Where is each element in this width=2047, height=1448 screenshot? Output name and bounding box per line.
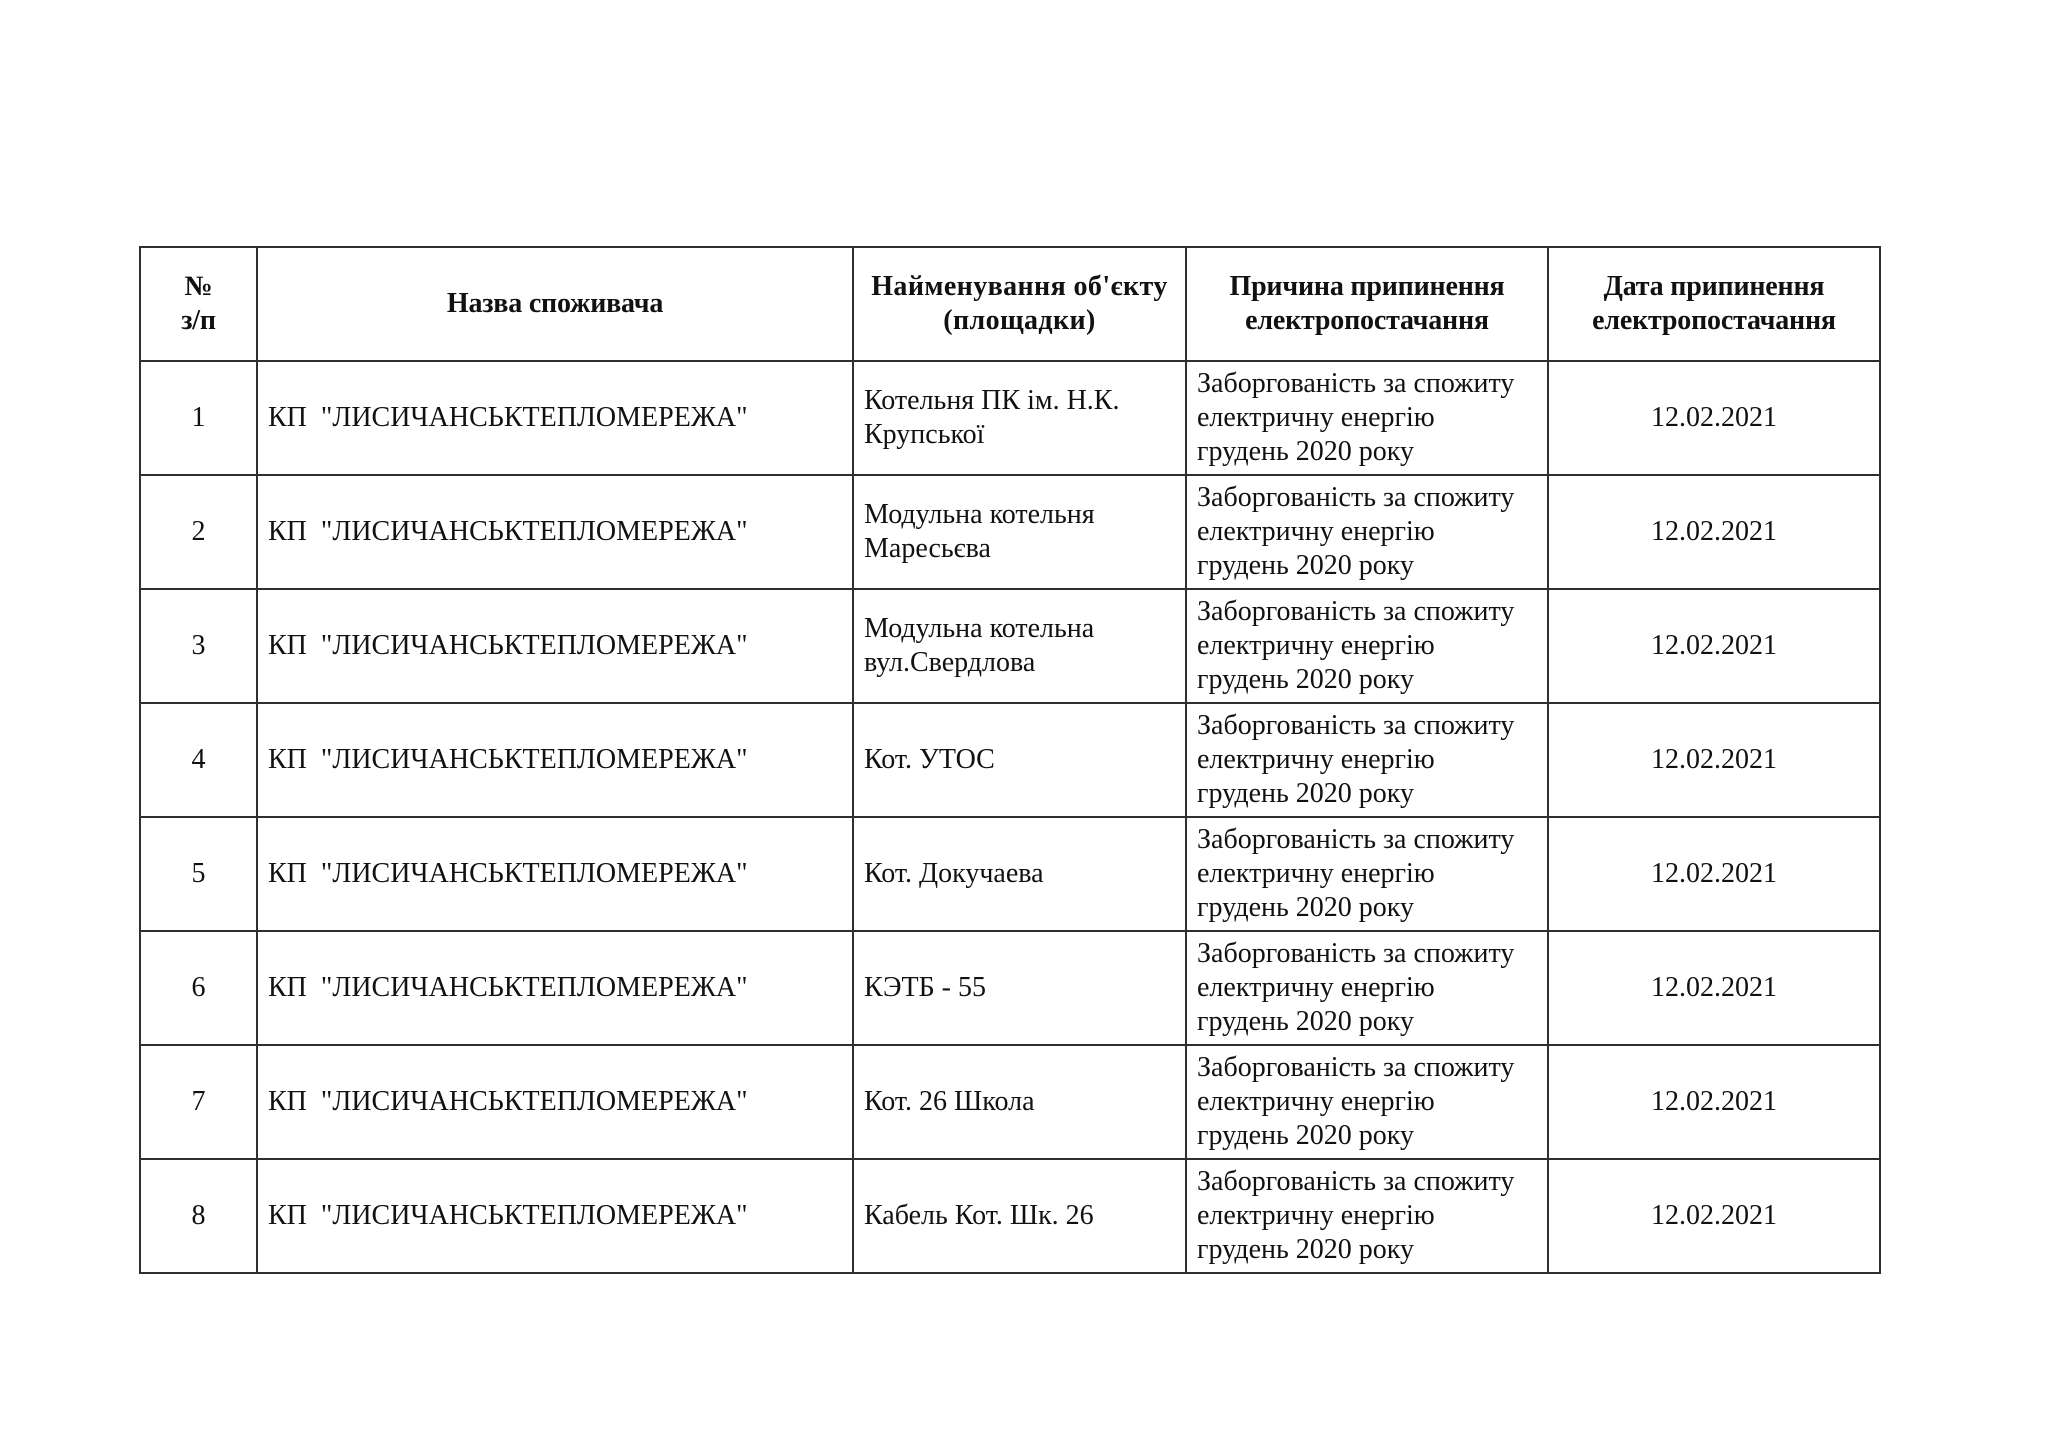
disconnection-date: 12.02.2021 [1559,629,1869,663]
cell-reason: Заборгованість за спожитуелектричну енер… [1186,703,1548,817]
object-name-line: Крупської [864,418,1175,452]
header-number: № з/п [140,247,257,361]
cell-number: 8 [140,1159,257,1273]
table-row: 8КП "ЛИСИЧАНСЬКТЕПЛОМЕРЕЖА"Кабель Кот. Ш… [140,1159,1880,1273]
cell-consumer: КП "ЛИСИЧАНСЬКТЕПЛОМЕРЕЖА" [257,361,853,475]
reason-line: грудень 2020 року [1197,1119,1537,1153]
header-object-line: Найменування об'єкту [864,270,1175,304]
consumer-name: КП "ЛИСИЧАНСЬКТЕПЛОМЕРЕЖА" [268,401,842,435]
table-body: 1КП "ЛИСИЧАНСЬКТЕПЛОМЕРЕЖА"Котельня ПК і… [140,361,1880,1273]
cell-date: 12.02.2021 [1548,817,1880,931]
reason-line: грудень 2020 року [1197,1233,1537,1267]
header-reason-line: електропостачання [1197,304,1537,338]
header-consumer: Назва споживача [257,247,853,361]
disconnection-date: 12.02.2021 [1559,1199,1869,1233]
cell-reason: Заборгованість за спожитуелектричну енер… [1186,1045,1548,1159]
object-name-line: Кот. 26 Школа [864,1085,1175,1119]
header-number-line: з/п [151,304,246,338]
cell-object: Модульна котельняМаресьєва [853,475,1186,589]
consumer-name: КП "ЛИСИЧАНСЬКТЕПЛОМЕРЕЖА" [268,515,842,549]
power-disconnection-table: № з/п Назва споживача Найменування об'єк… [139,246,1881,1274]
cell-date: 12.02.2021 [1548,1045,1880,1159]
header-object: Найменування об'єкту (площадки) [853,247,1186,361]
reason-line: Заборгованість за спожиту [1197,937,1537,971]
reason-line: Заборгованість за спожиту [1197,367,1537,401]
cell-object: Котельня ПК ім. Н.К.Крупської [853,361,1186,475]
reason-line: електричну енергію [1197,515,1537,549]
cell-number: 1 [140,361,257,475]
cell-number: 4 [140,703,257,817]
table-header-row: № з/п Назва споживача Найменування об'єк… [140,247,1880,361]
cell-date: 12.02.2021 [1548,703,1880,817]
reason-line: грудень 2020 року [1197,663,1537,697]
reason-line: електричну енергію [1197,1085,1537,1119]
cell-object: Кот. УТОС [853,703,1186,817]
table-row: 5КП "ЛИСИЧАНСЬКТЕПЛОМЕРЕЖА"Кот. Докучаев… [140,817,1880,931]
disconnection-date: 12.02.2021 [1559,857,1869,891]
cell-reason: Заборгованість за спожитуелектричну енер… [1186,1159,1548,1273]
row-number: 5 [151,857,246,891]
reason-line: грудень 2020 року [1197,549,1537,583]
header-consumer-text: Назва споживача [268,287,842,321]
table-row: 3КП "ЛИСИЧАНСЬКТЕПЛОМЕРЕЖА"Модульна коте… [140,589,1880,703]
object-name-line: Модульна котельна [864,612,1175,646]
reason-line: електричну енергію [1197,971,1537,1005]
cell-number: 6 [140,931,257,1045]
table-row: 2КП "ЛИСИЧАНСЬКТЕПЛОМЕРЕЖА"Модульна коте… [140,475,1880,589]
document-page: № з/п Назва споживача Найменування об'єк… [0,0,2047,1448]
header-number-line: № [151,270,246,304]
row-number: 4 [151,743,246,777]
cell-reason: Заборгованість за спожитуелектричну енер… [1186,589,1548,703]
reason-line: електричну енергію [1197,401,1537,435]
consumer-name: КП "ЛИСИЧАНСЬКТЕПЛОМЕРЕЖА" [268,629,842,663]
cell-number: 3 [140,589,257,703]
consumer-name: КП "ЛИСИЧАНСЬКТЕПЛОМЕРЕЖА" [268,1085,842,1119]
disconnection-date: 12.02.2021 [1559,1085,1869,1119]
cell-object: Кот. Докучаева [853,817,1186,931]
reason-line: Заборгованість за спожиту [1197,709,1537,743]
cell-consumer: КП "ЛИСИЧАНСЬКТЕПЛОМЕРЕЖА" [257,1045,853,1159]
object-name-line: Котельня ПК ім. Н.К. [864,384,1175,418]
row-number: 8 [151,1199,246,1233]
header-reason-line: Причина припинення [1197,270,1537,304]
row-number: 3 [151,629,246,663]
reason-line: Заборгованість за спожиту [1197,1165,1537,1199]
cell-date: 12.02.2021 [1548,361,1880,475]
cell-object: Кот. 26 Школа [853,1045,1186,1159]
header-reason: Причина припинення електропостачання [1186,247,1548,361]
cell-number: 2 [140,475,257,589]
consumer-name: КП "ЛИСИЧАНСЬКТЕПЛОМЕРЕЖА" [268,971,842,1005]
disconnection-date: 12.02.2021 [1559,743,1869,777]
cell-consumer: КП "ЛИСИЧАНСЬКТЕПЛОМЕРЕЖА" [257,817,853,931]
cell-consumer: КП "ЛИСИЧАНСЬКТЕПЛОМЕРЕЖА" [257,589,853,703]
cell-object: Модульна котельнавул.Свердлова [853,589,1186,703]
reason-line: грудень 2020 року [1197,777,1537,811]
reason-line: грудень 2020 року [1197,891,1537,925]
reason-line: Заборгованість за спожиту [1197,823,1537,857]
cell-consumer: КП "ЛИСИЧАНСЬКТЕПЛОМЕРЕЖА" [257,703,853,817]
reason-line: Заборгованість за спожиту [1197,595,1537,629]
consumer-name: КП "ЛИСИЧАНСЬКТЕПЛОМЕРЕЖА" [268,743,842,777]
cell-date: 12.02.2021 [1548,931,1880,1045]
reason-line: грудень 2020 року [1197,1005,1537,1039]
reason-line: грудень 2020 року [1197,435,1537,469]
table-row: 6КП "ЛИСИЧАНСЬКТЕПЛОМЕРЕЖА"КЭТБ - 55Забо… [140,931,1880,1045]
reason-line: електричну енергію [1197,857,1537,891]
header-date-line: Дата припинення [1559,270,1869,304]
row-number: 1 [151,401,246,435]
table-row: 1КП "ЛИСИЧАНСЬКТЕПЛОМЕРЕЖА"Котельня ПК і… [140,361,1880,475]
reason-line: електричну енергію [1197,629,1537,663]
cell-reason: Заборгованість за спожитуелектричну енер… [1186,817,1548,931]
reason-line: Заборгованість за спожиту [1197,1051,1537,1085]
cell-object: КЭТБ - 55 [853,931,1186,1045]
consumer-name: КП "ЛИСИЧАНСЬКТЕПЛОМЕРЕЖА" [268,1199,842,1233]
object-name-line: Кот. Докучаева [864,857,1175,891]
cell-date: 12.02.2021 [1548,589,1880,703]
cell-number: 7 [140,1045,257,1159]
row-number: 7 [151,1085,246,1119]
reason-line: електричну енергію [1197,743,1537,777]
object-name-line: Маресьєва [864,532,1175,566]
cell-reason: Заборгованість за спожитуелектричну енер… [1186,361,1548,475]
cell-consumer: КП "ЛИСИЧАНСЬКТЕПЛОМЕРЕЖА" [257,475,853,589]
header-object-line: (площадки) [864,304,1175,338]
reason-line: електричну енергію [1197,1199,1537,1233]
object-name-line: вул.Свердлова [864,646,1175,680]
cell-number: 5 [140,817,257,931]
header-date: Дата припинення електропостачання [1548,247,1880,361]
cell-consumer: КП "ЛИСИЧАНСЬКТЕПЛОМЕРЕЖА" [257,931,853,1045]
cell-reason: Заборгованість за спожитуелектричну енер… [1186,931,1548,1045]
table-row: 7КП "ЛИСИЧАНСЬКТЕПЛОМЕРЕЖА"Кот. 26 Школа… [140,1045,1880,1159]
table-row: 4КП "ЛИСИЧАНСЬКТЕПЛОМЕРЕЖА"Кот. УТОСЗабо… [140,703,1880,817]
row-number: 6 [151,971,246,1005]
disconnection-date: 12.02.2021 [1559,971,1869,1005]
row-number: 2 [151,515,246,549]
object-name-line: КЭТБ - 55 [864,971,1175,1005]
cell-reason: Заборгованість за спожитуелектричну енер… [1186,475,1548,589]
object-name-line: Кабель Кот. Шк. 26 [864,1199,1175,1233]
cell-date: 12.02.2021 [1548,475,1880,589]
consumer-name: КП "ЛИСИЧАНСЬКТЕПЛОМЕРЕЖА" [268,857,842,891]
object-name-line: Модульна котельня [864,498,1175,532]
cell-date: 12.02.2021 [1548,1159,1880,1273]
disconnection-date: 12.02.2021 [1559,515,1869,549]
disconnection-date: 12.02.2021 [1559,401,1869,435]
reason-line: Заборгованість за спожиту [1197,481,1537,515]
object-name-line: Кот. УТОС [864,743,1175,777]
header-date-line: електропостачання [1559,304,1869,338]
cell-consumer: КП "ЛИСИЧАНСЬКТЕПЛОМЕРЕЖА" [257,1159,853,1273]
cell-object: Кабель Кот. Шк. 26 [853,1159,1186,1273]
